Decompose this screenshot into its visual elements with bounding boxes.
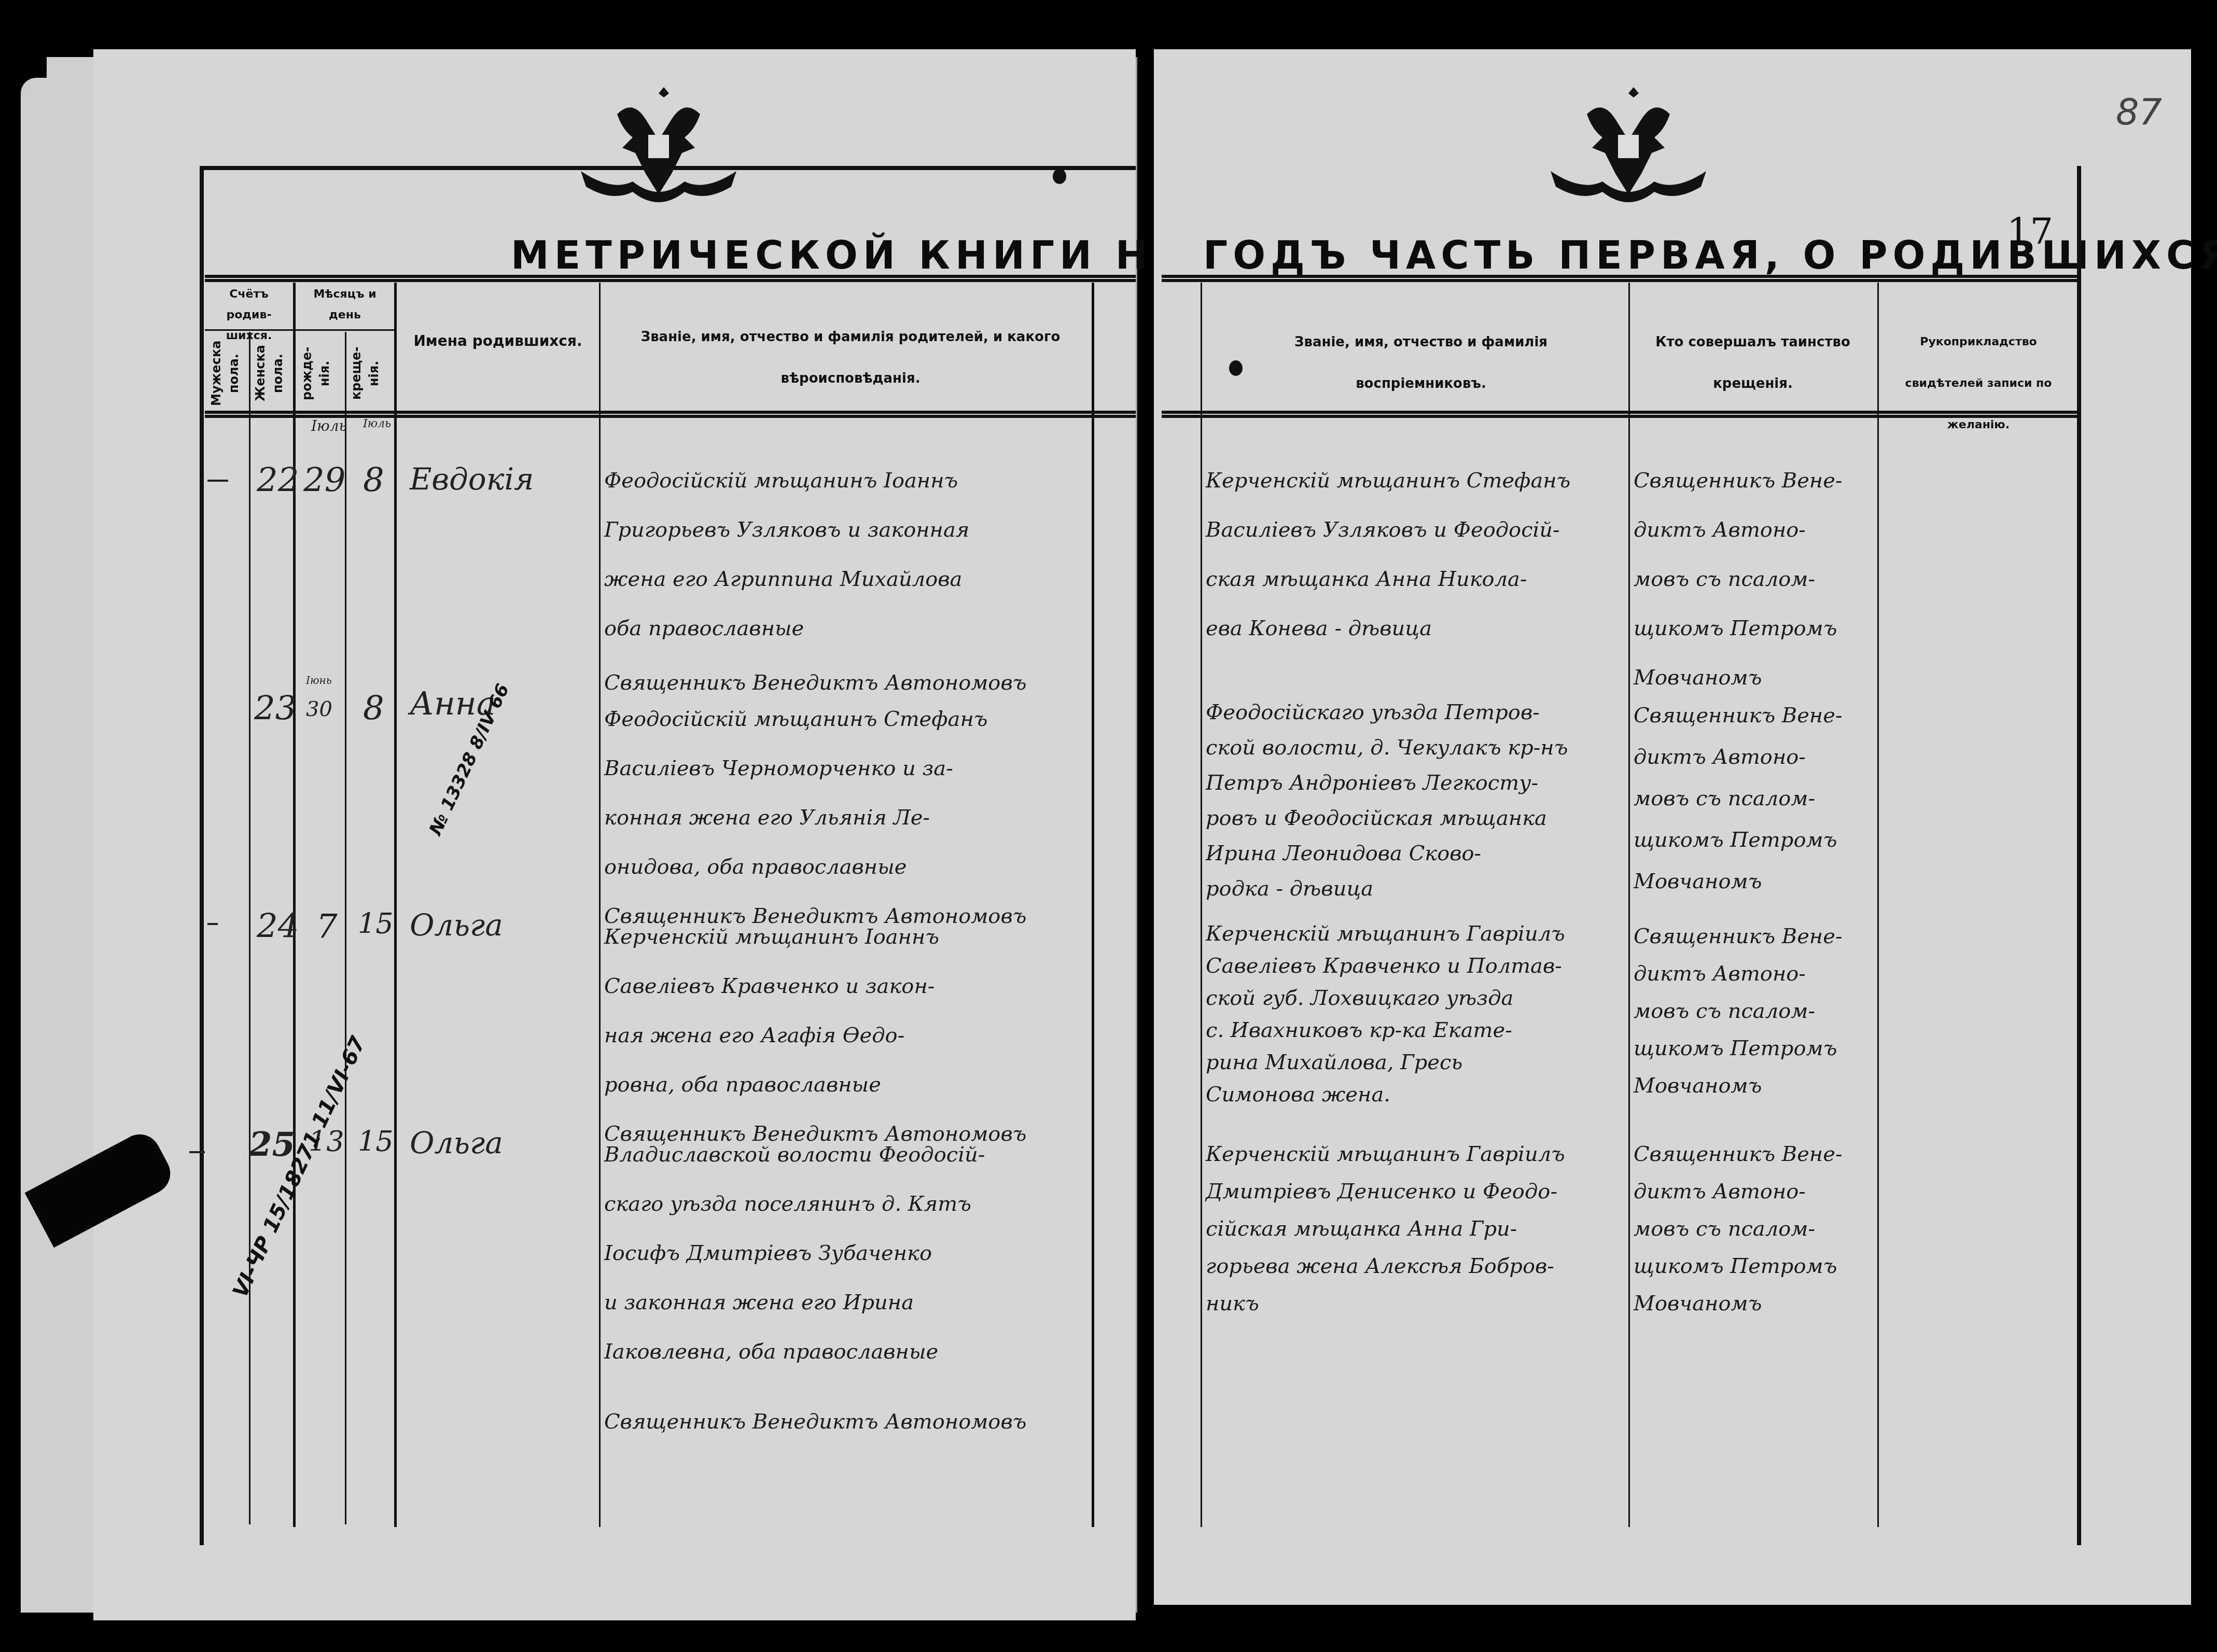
header-rule [1162,275,2080,282]
col-header-officiant: Кто совершалъ таинство крещенія. [1639,321,1867,404]
col-divider [1092,283,1094,1527]
col-header-witnesses: Рукоприкладство свидѣтелей записи по жел… [1883,321,2074,446]
birth-day: 30 [306,697,332,721]
col-divider [394,283,397,1527]
col-header-male: Мужеска пола. [207,337,246,410]
binding-hole [1229,360,1243,376]
imperial-eagle-emblem-icon [581,78,736,213]
col-divider [1201,283,1202,1527]
group-divider [296,329,394,331]
parents-text: Феодосійскій мѣщанинъ Стефанъ Василіевъ … [604,695,1086,941]
left-border [200,166,204,1545]
entry-number: 22 [257,461,299,500]
col-header-baptism: креще-нія. [347,337,392,410]
archive-page-number: 87 [2116,91,2162,133]
parents-text: Керченскій мѣщанинъ Іоаннъ Савеліевъ Кра… [604,913,1086,1159]
godparents-text: Керченскій мѣщанинъ Гавріилъ Дмитріевъ Д… [1206,1136,1626,1322]
baptism-day: 15 [358,907,394,940]
col-divider [1628,283,1630,1527]
parents-text: Владиславской волости Феодосій- скаго уѣ… [604,1130,1086,1447]
priest-signature: Священникъ Венедиктъ Автономовъ [604,1397,1086,1447]
col-divider [599,283,601,1527]
month-header: Іюнь [306,674,332,687]
col-header-birth: рожде-нія. [298,337,342,410]
godparents-text: Феодосійскаго уѣзда Петров- ской волости… [1206,695,1626,906]
officiant-text: Священникъ Вене- диктъ Автоно- мовъ съ п… [1634,918,1875,1104]
parents-text: Феодосійскій мѣщанинъ Іоаннъ Григорьевъ … [604,456,1086,708]
child-name: Евдокія [410,461,534,497]
col-header-names: Имена родившихся. [399,327,596,356]
header-rule [205,275,1136,282]
birth-day: 29 [303,461,345,500]
birth-day: 7 [316,907,338,946]
officiant-text: Священникъ Вене- диктъ Автоно- мовъ съ п… [1634,1136,1875,1322]
godparents-text: Керченскій мѣщанинъ Стефанъ Василіевъ Уз… [1206,456,1626,653]
col-header-female: Женска пола. [252,337,290,410]
officiant-text: Священникъ Вене- диктъ Автоно- мовъ съ п… [1634,695,1875,902]
officiant-text: Священникъ Вене- диктъ Автоно- мовъ съ п… [1634,456,1875,703]
baptism-day: 8 [363,690,384,728]
child-name: Ольга [410,1125,503,1160]
register-title-right: ГОДЪ ЧАСТЬ ПЕРВАЯ, О РОДИВШИХСЯ. [1203,233,2217,278]
col-divider [1877,283,1879,1527]
col-header-parents: Званіе, имя, отчество и фамилія родителе… [612,316,1089,399]
imperial-eagle-emblem-icon [1551,78,1706,213]
baptism-day: 15 [358,1125,394,1158]
col-divider [249,332,250,1524]
right-border [2077,166,2081,1545]
binding-hole [1053,169,1066,184]
child-name: Ольга [410,907,503,943]
entry-number: 23 [254,690,296,728]
col-divider [345,332,346,1524]
male-dash [207,923,218,925]
godparents-text: Керченскій мѣщанинъ Гавріилъ Савеліевъ К… [1206,918,1626,1111]
male-dash [207,480,228,482]
top-border [200,166,1136,170]
baptism-day: 8 [363,461,384,500]
col-header-godparents: Званіе, имя, отчество и фамилія воспріем… [1255,321,1587,404]
entry-number: 24 [257,907,299,946]
month-header: Іюль [363,417,391,430]
entry-number: 25 [249,1125,295,1164]
col-header-month-day: Мѣсяцъ и день [296,284,394,326]
month-header: Іюль [311,417,347,435]
male-dash [189,1151,205,1153]
